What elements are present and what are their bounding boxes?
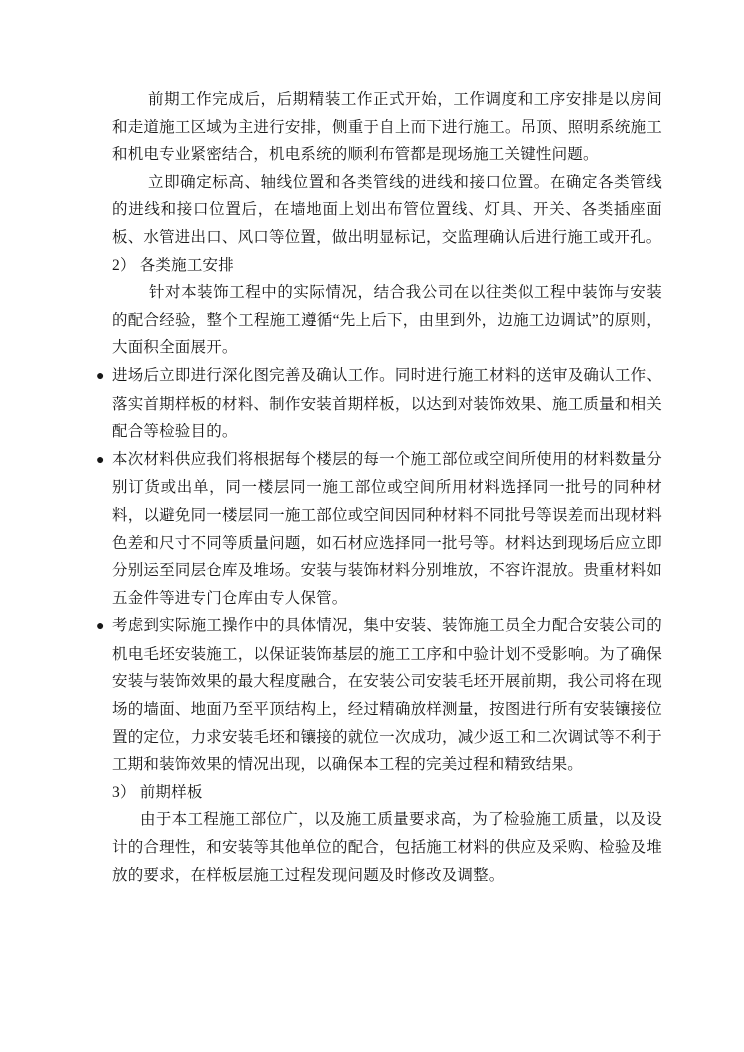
bullet-text: 本次材料供应我们将根据每个楼层的每一个施工部位或空间所使用的材料数量分别订货或出… bbox=[112, 451, 662, 607]
heading-construction-arrangement: 2） 各类施工安排 bbox=[112, 252, 662, 280]
paragraph-arrangement-principle: 针对本装饰工程中的实际情况，结合我公司在以往类似工程中装饰与安装的配合经验，整个… bbox=[112, 279, 662, 362]
heading-early-sample: 3） 前期样板 bbox=[112, 779, 662, 807]
document-page: 前期工作完成后，后期精装工作正式开始，工作调度和工序安排是以房间和走道施工区域为… bbox=[0, 0, 744, 1052]
bullet-dot-icon: ● bbox=[96, 363, 112, 391]
paragraph-work-scheduling: 前期工作完成后，后期精装工作正式开始，工作调度和工序安排是以房间和走道施工区域为… bbox=[112, 86, 662, 169]
paragraph-sample-floor: 由于本工程施工部位广，以及施工质量要求高，为了检验施工质量，以及设计的合理性，和… bbox=[112, 806, 662, 889]
bullet-item-deepening-drawings: ●进场后立即进行深化图完善及确认工作。同时进行施工材料的送审及确认工作、落实首期… bbox=[112, 362, 662, 446]
bullet-item-material-supply: ●本次材料供应我们将根据每个楼层的每一个施工部位或空间所使用的材料数量分别订货或… bbox=[112, 446, 662, 613]
bullet-dot-icon: ● bbox=[96, 613, 112, 641]
document-body: 前期工作完成后，后期精装工作正式开始，工作调度和工序安排是以房间和走道施工区域为… bbox=[112, 86, 662, 889]
bullet-text: 进场后立即进行深化图完善及确认工作。同时进行施工材料的送审及确认工作、落实首期样… bbox=[112, 367, 662, 440]
bullet-dot-icon: ● bbox=[96, 447, 112, 475]
bullet-item-installation-coordination: ●考虑到实际施工操作中的具体情况，集中安装、装饰施工员全力配合安装公司的机电毛坯… bbox=[112, 612, 662, 779]
bullet-text: 考虑到实际施工操作中的具体情况，集中安装、装饰施工员全力配合安装公司的机电毛坯安… bbox=[112, 617, 662, 773]
paragraph-pipeline-marking: 立即确定标高、轴线位置和各类管线的进线和接口位置。在确定各类管线的进线和接口位置… bbox=[112, 169, 662, 252]
